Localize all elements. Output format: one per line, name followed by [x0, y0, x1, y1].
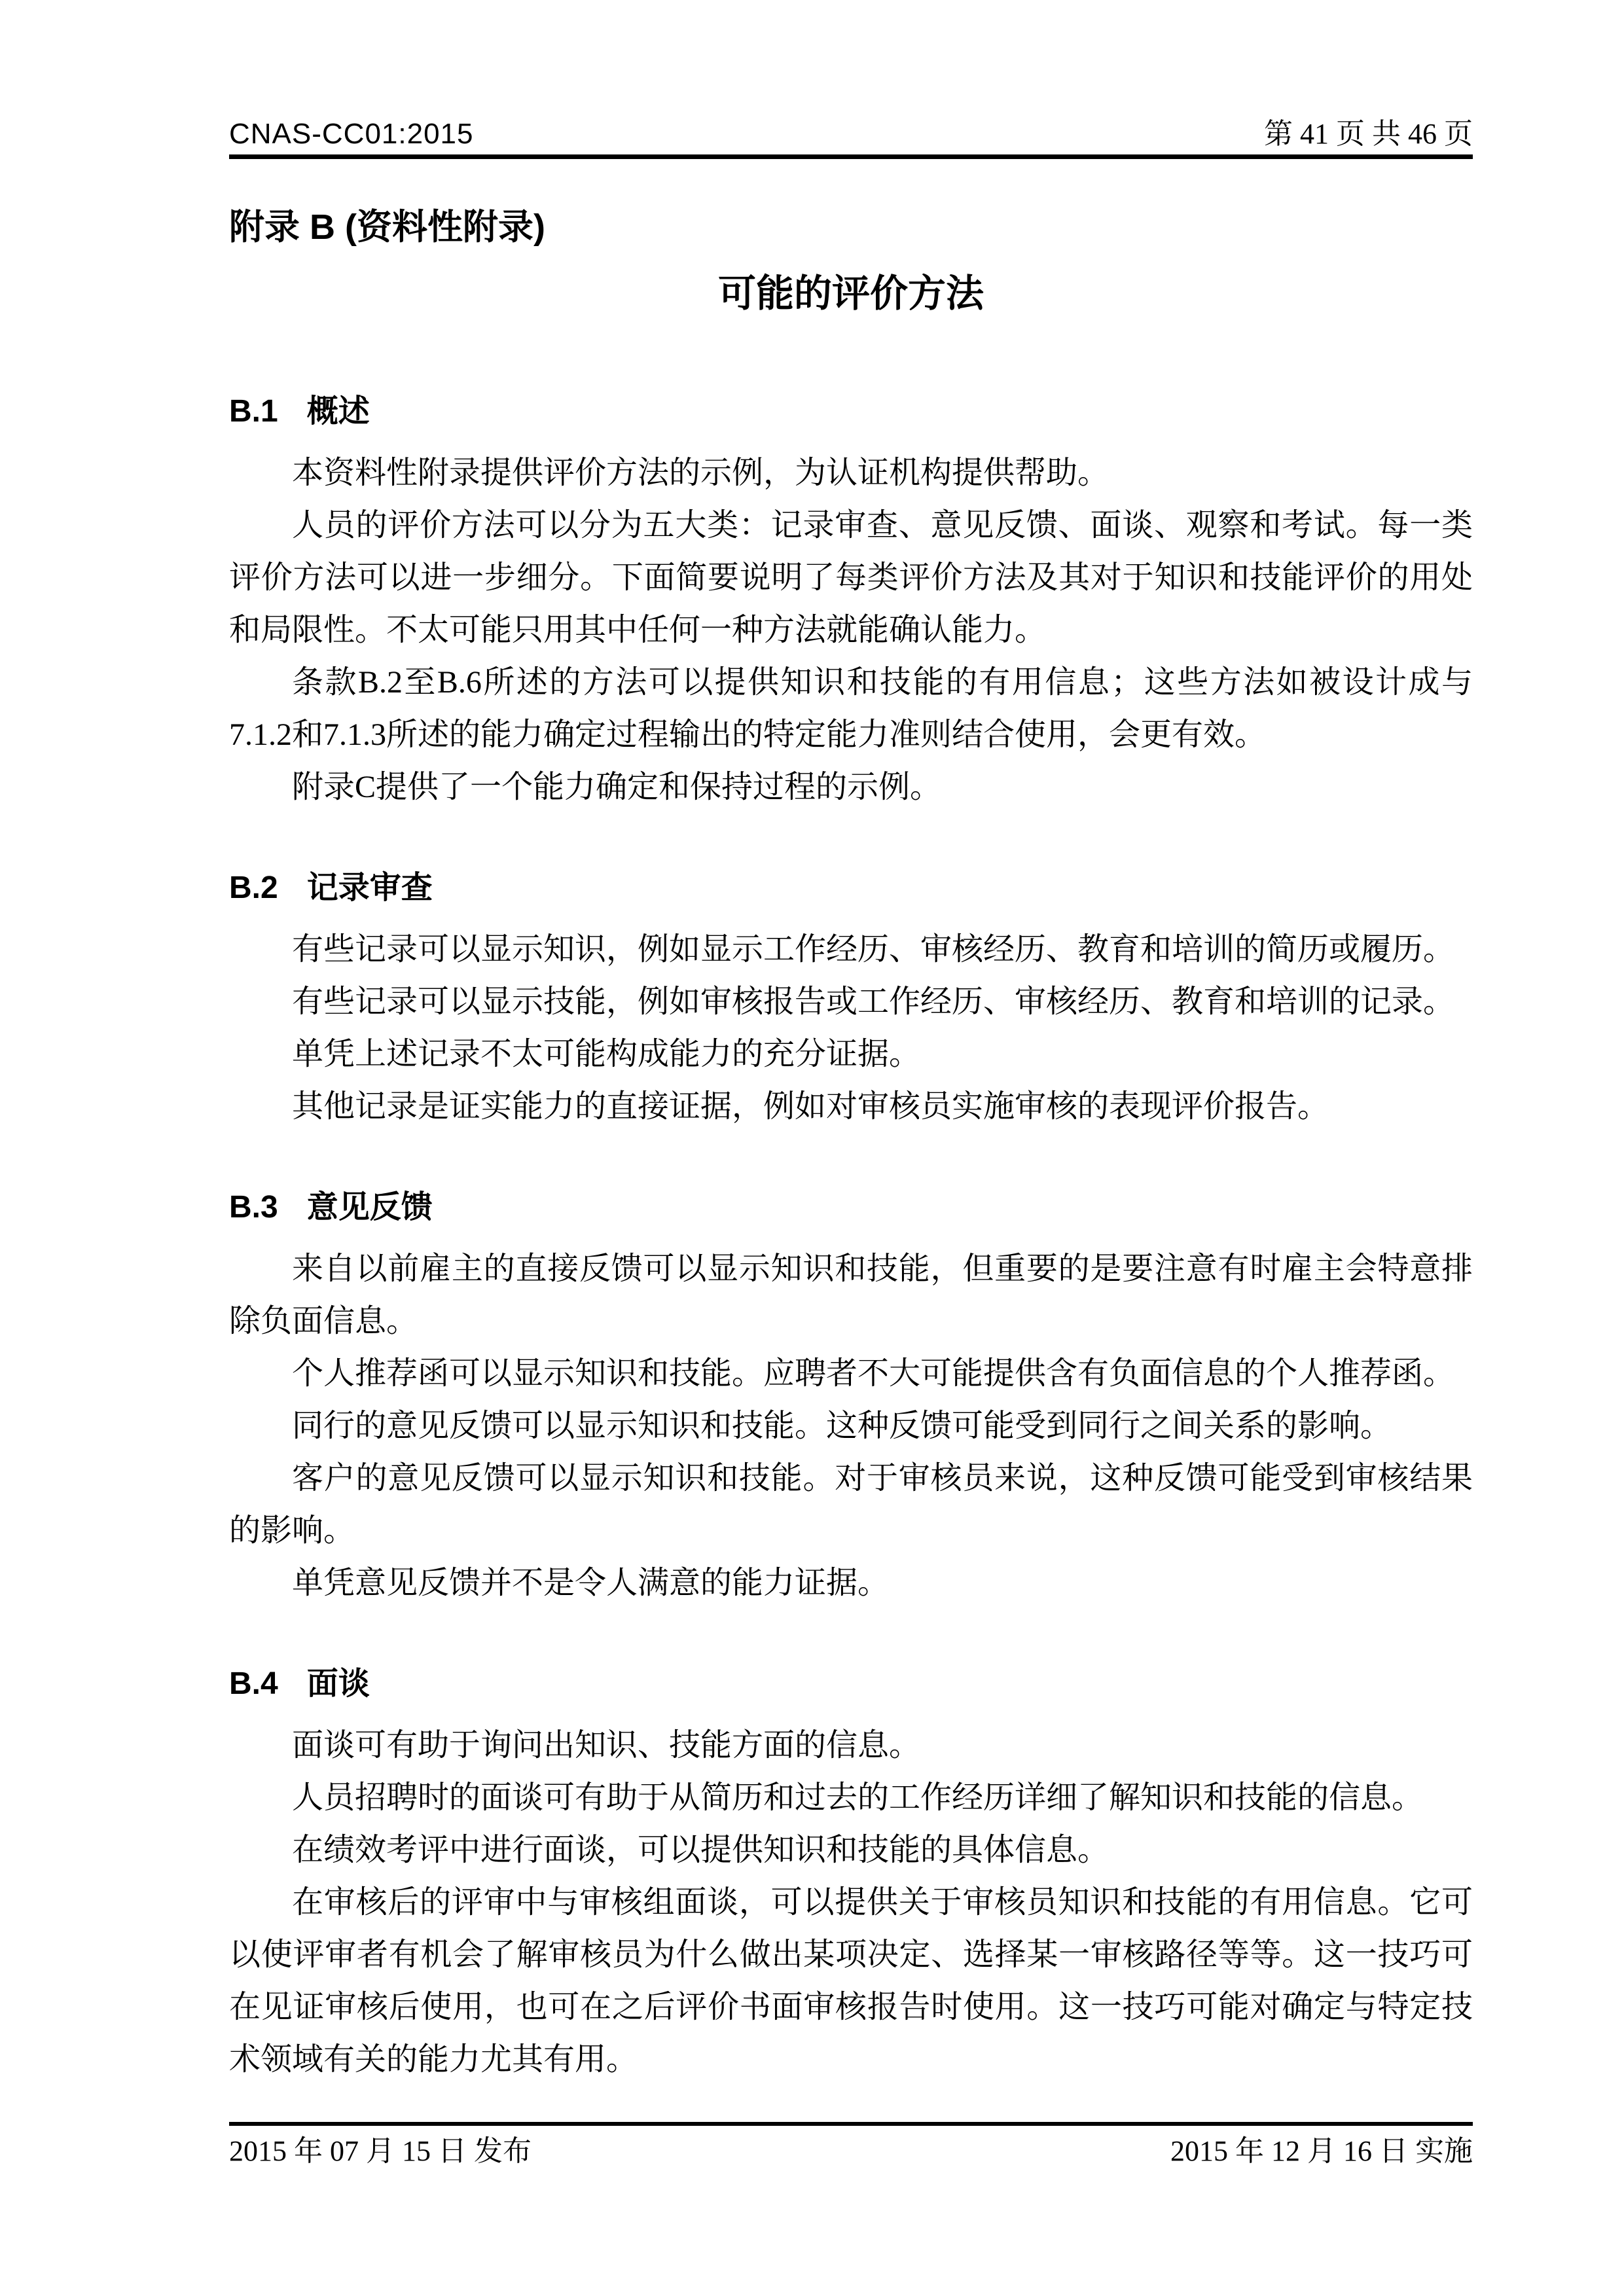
- paragraph: 来自以前雇主的直接反馈可以显示知识和技能，但重要的是要注意有时雇主会特意排除负面…: [229, 1243, 1473, 1348]
- paragraph: 附录C提供了一个能力确定和保持过程的示例。: [229, 761, 1473, 814]
- paragraph: 单凭意见反馈并不是令人满意的能力证据。: [229, 1557, 1473, 1609]
- section-b3: B.3 意见反馈 来自以前雇主的直接反馈可以显示知识和技能，但重要的是要注意有时…: [229, 1188, 1473, 1609]
- paragraph: 条款B.2至B.6所述的方法可以提供知识和技能的有用信息；这些方法如被设计成与7…: [229, 656, 1473, 761]
- section-title: 面谈: [307, 1664, 370, 1704]
- section-heading: B.1 概述: [229, 392, 1473, 431]
- issue-date: 2015 年 07 月 15 日 发布: [229, 2135, 532, 2168]
- section-number: B.2: [229, 869, 278, 908]
- appendix-title: 附录 B (资料性附录): [229, 207, 1473, 247]
- section-title: 记录审查: [307, 869, 433, 908]
- document-code: CNAS-CC01:2015: [229, 119, 474, 149]
- paragraph: 单凭上述记录不太可能构成能力的充分证据。: [229, 1028, 1473, 1081]
- page-content: CNAS-CC01:2015 第 41 页 共 46 页 附录 B (资料性附录…: [229, 0, 1473, 2086]
- section-title: 概述: [307, 392, 370, 431]
- section-heading: B.4 面谈: [229, 1664, 1473, 1704]
- page-number-label: 第 41 页 共 46 页: [1264, 119, 1473, 149]
- paragraph: 本资料性附录提供评价方法的示例，为认证机构提供帮助。: [229, 447, 1473, 499]
- section-heading: B.2 记录审查: [229, 869, 1473, 908]
- paragraph: 同行的意见反馈可以显示知识和技能。这种反馈可能受到同行之间关系的影响。: [229, 1400, 1473, 1452]
- paragraph: 在审核后的评审中与审核组面谈，可以提供关于审核员知识和技能的有用信息。它可以使评…: [229, 1876, 1473, 2086]
- paragraph: 客户的意见反馈可以显示知识和技能。对于审核员来说，这种反馈可能受到审核结果的影响…: [229, 1452, 1473, 1557]
- section-b2: B.2 记录审查 有些记录可以显示知识，例如显示工作经历、审核经历、教育和培训的…: [229, 869, 1473, 1133]
- section-b1: B.1 概述 本资料性附录提供评价方法的示例，为认证机构提供帮助。 人员的评价方…: [229, 392, 1473, 814]
- paragraph: 人员的评价方法可以分为五大类：记录审查、意见反馈、面谈、观察和考试。每一类评价方…: [229, 499, 1473, 656]
- section-title: 意见反馈: [307, 1188, 433, 1227]
- paragraph: 其他记录是证实能力的直接证据，例如对审核员实施审核的表现评价报告。: [229, 1081, 1473, 1133]
- paragraph: 面谈可有助于询问出知识、技能方面的信息。: [229, 1719, 1473, 1772]
- paragraph: 个人推荐函可以显示知识和技能。应聘者不大可能提供含有负面信息的个人推荐函。: [229, 1348, 1473, 1400]
- page-footer: 2015 年 07 月 15 日 发布 2015 年 12 月 16 日 实施: [229, 2122, 1473, 2168]
- paragraph: 人员招聘时的面谈可有助于从简历和过去的工作经历详细了解知识和技能的信息。: [229, 1772, 1473, 1824]
- section-number: B.3: [229, 1188, 278, 1227]
- paragraph: 有些记录可以显示技能，例如审核报告或工作经历、审核经历、教育和培训的记录。: [229, 976, 1473, 1028]
- section-b4: B.4 面谈 面谈可有助于询问出知识、技能方面的信息。 人员招聘时的面谈可有助于…: [229, 1664, 1473, 2086]
- document-title: 可能的评价方法: [229, 274, 1473, 314]
- document-page: CNAS-CC01:2015 第 41 页 共 46 页 附录 B (资料性附录…: [0, 0, 1624, 2296]
- section-number: B.4: [229, 1664, 278, 1704]
- paragraph: 在绩效考评中进行面谈，可以提供知识和技能的具体信息。: [229, 1824, 1473, 1876]
- implement-date: 2015 年 12 月 16 日 实施: [1170, 2135, 1473, 2168]
- section-number: B.1: [229, 392, 278, 431]
- page-header: CNAS-CC01:2015 第 41 页 共 46 页: [229, 0, 1473, 159]
- paragraph: 有些记录可以显示知识，例如显示工作经历、审核经历、教育和培训的简历或履历。: [229, 924, 1473, 976]
- section-heading: B.3 意见反馈: [229, 1188, 1473, 1227]
